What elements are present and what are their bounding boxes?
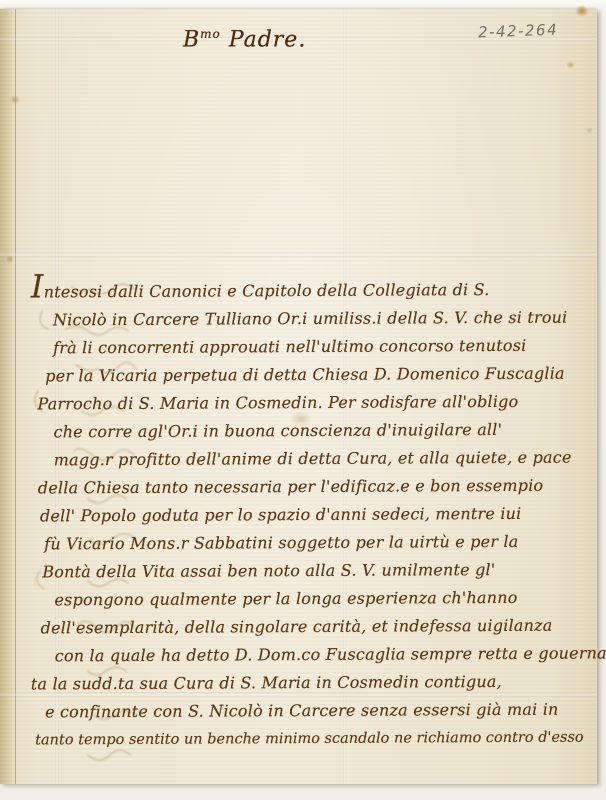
- letter-line: dell'esemplarità, della singolare carità…: [25, 612, 591, 643]
- letter-line: dell' Popolo goduta per lo spazio d'anni…: [24, 500, 590, 531]
- foxing-stain: [575, 5, 589, 17]
- salutation-initial: B: [183, 27, 200, 52]
- letter-line: e confinante con S. Nicolò in Carcere se…: [25, 696, 591, 727]
- letter-line: Bontà della Vita assai ben noto alla S. …: [24, 556, 590, 587]
- letter-line: ta la sudd.ta sua Cura di S. Maria in Co…: [25, 668, 591, 699]
- letter-line: fù Vicario Mons.r Sabbatini soggetto per…: [24, 528, 590, 559]
- letter-line: tanto tempo sentito un benche minimo sca…: [25, 724, 591, 755]
- letter-text: Intesosi dalli Canonici e Capitolo della…: [23, 270, 592, 755]
- letter-line: frà li concorrenti approuati nell'ultimo…: [23, 332, 589, 363]
- salutation-rest: Padre.: [221, 27, 307, 52]
- horizontal-crease: [0, 252, 597, 257]
- letter-line: magg.r profitto dell'anime di detta Cura…: [24, 444, 590, 475]
- letter-line: della Chiesa tanto necessaria per l'edif…: [24, 472, 590, 503]
- salutation-superscript: mo: [200, 27, 221, 41]
- letter-line: che corre agl'Or.i in buona conscienza d…: [24, 416, 590, 447]
- salutation: Bmo Padre.: [183, 27, 306, 52]
- page-fold-edge: [0, 9, 16, 784]
- letter-line: con la quale ha detto D. Dom.co Fuscagli…: [25, 640, 591, 671]
- reference-number: 2-42-264: [478, 21, 559, 42]
- foxing-stain: [586, 127, 593, 134]
- letter-line: per la Vicaria perpetua di detta Chiesa …: [23, 360, 589, 391]
- letter-line: Nicolò in Carcere Tulliano Or.i umiliss.…: [23, 304, 589, 335]
- letter-line: Intesosi dalli Canonici e Capitolo della…: [23, 270, 589, 307]
- foxing-stain: [566, 61, 575, 69]
- letter-line: espongono qualmente per la longa esperie…: [24, 584, 590, 615]
- scan-background: 2-42-264 Bmo Padre. Intesosi dalli Canon…: [0, 0, 606, 800]
- letter-line: Parrocho di S. Maria in Cosmedin. Per so…: [23, 388, 589, 419]
- manuscript-page: 2-42-264 Bmo Padre. Intesosi dalli Canon…: [0, 9, 597, 784]
